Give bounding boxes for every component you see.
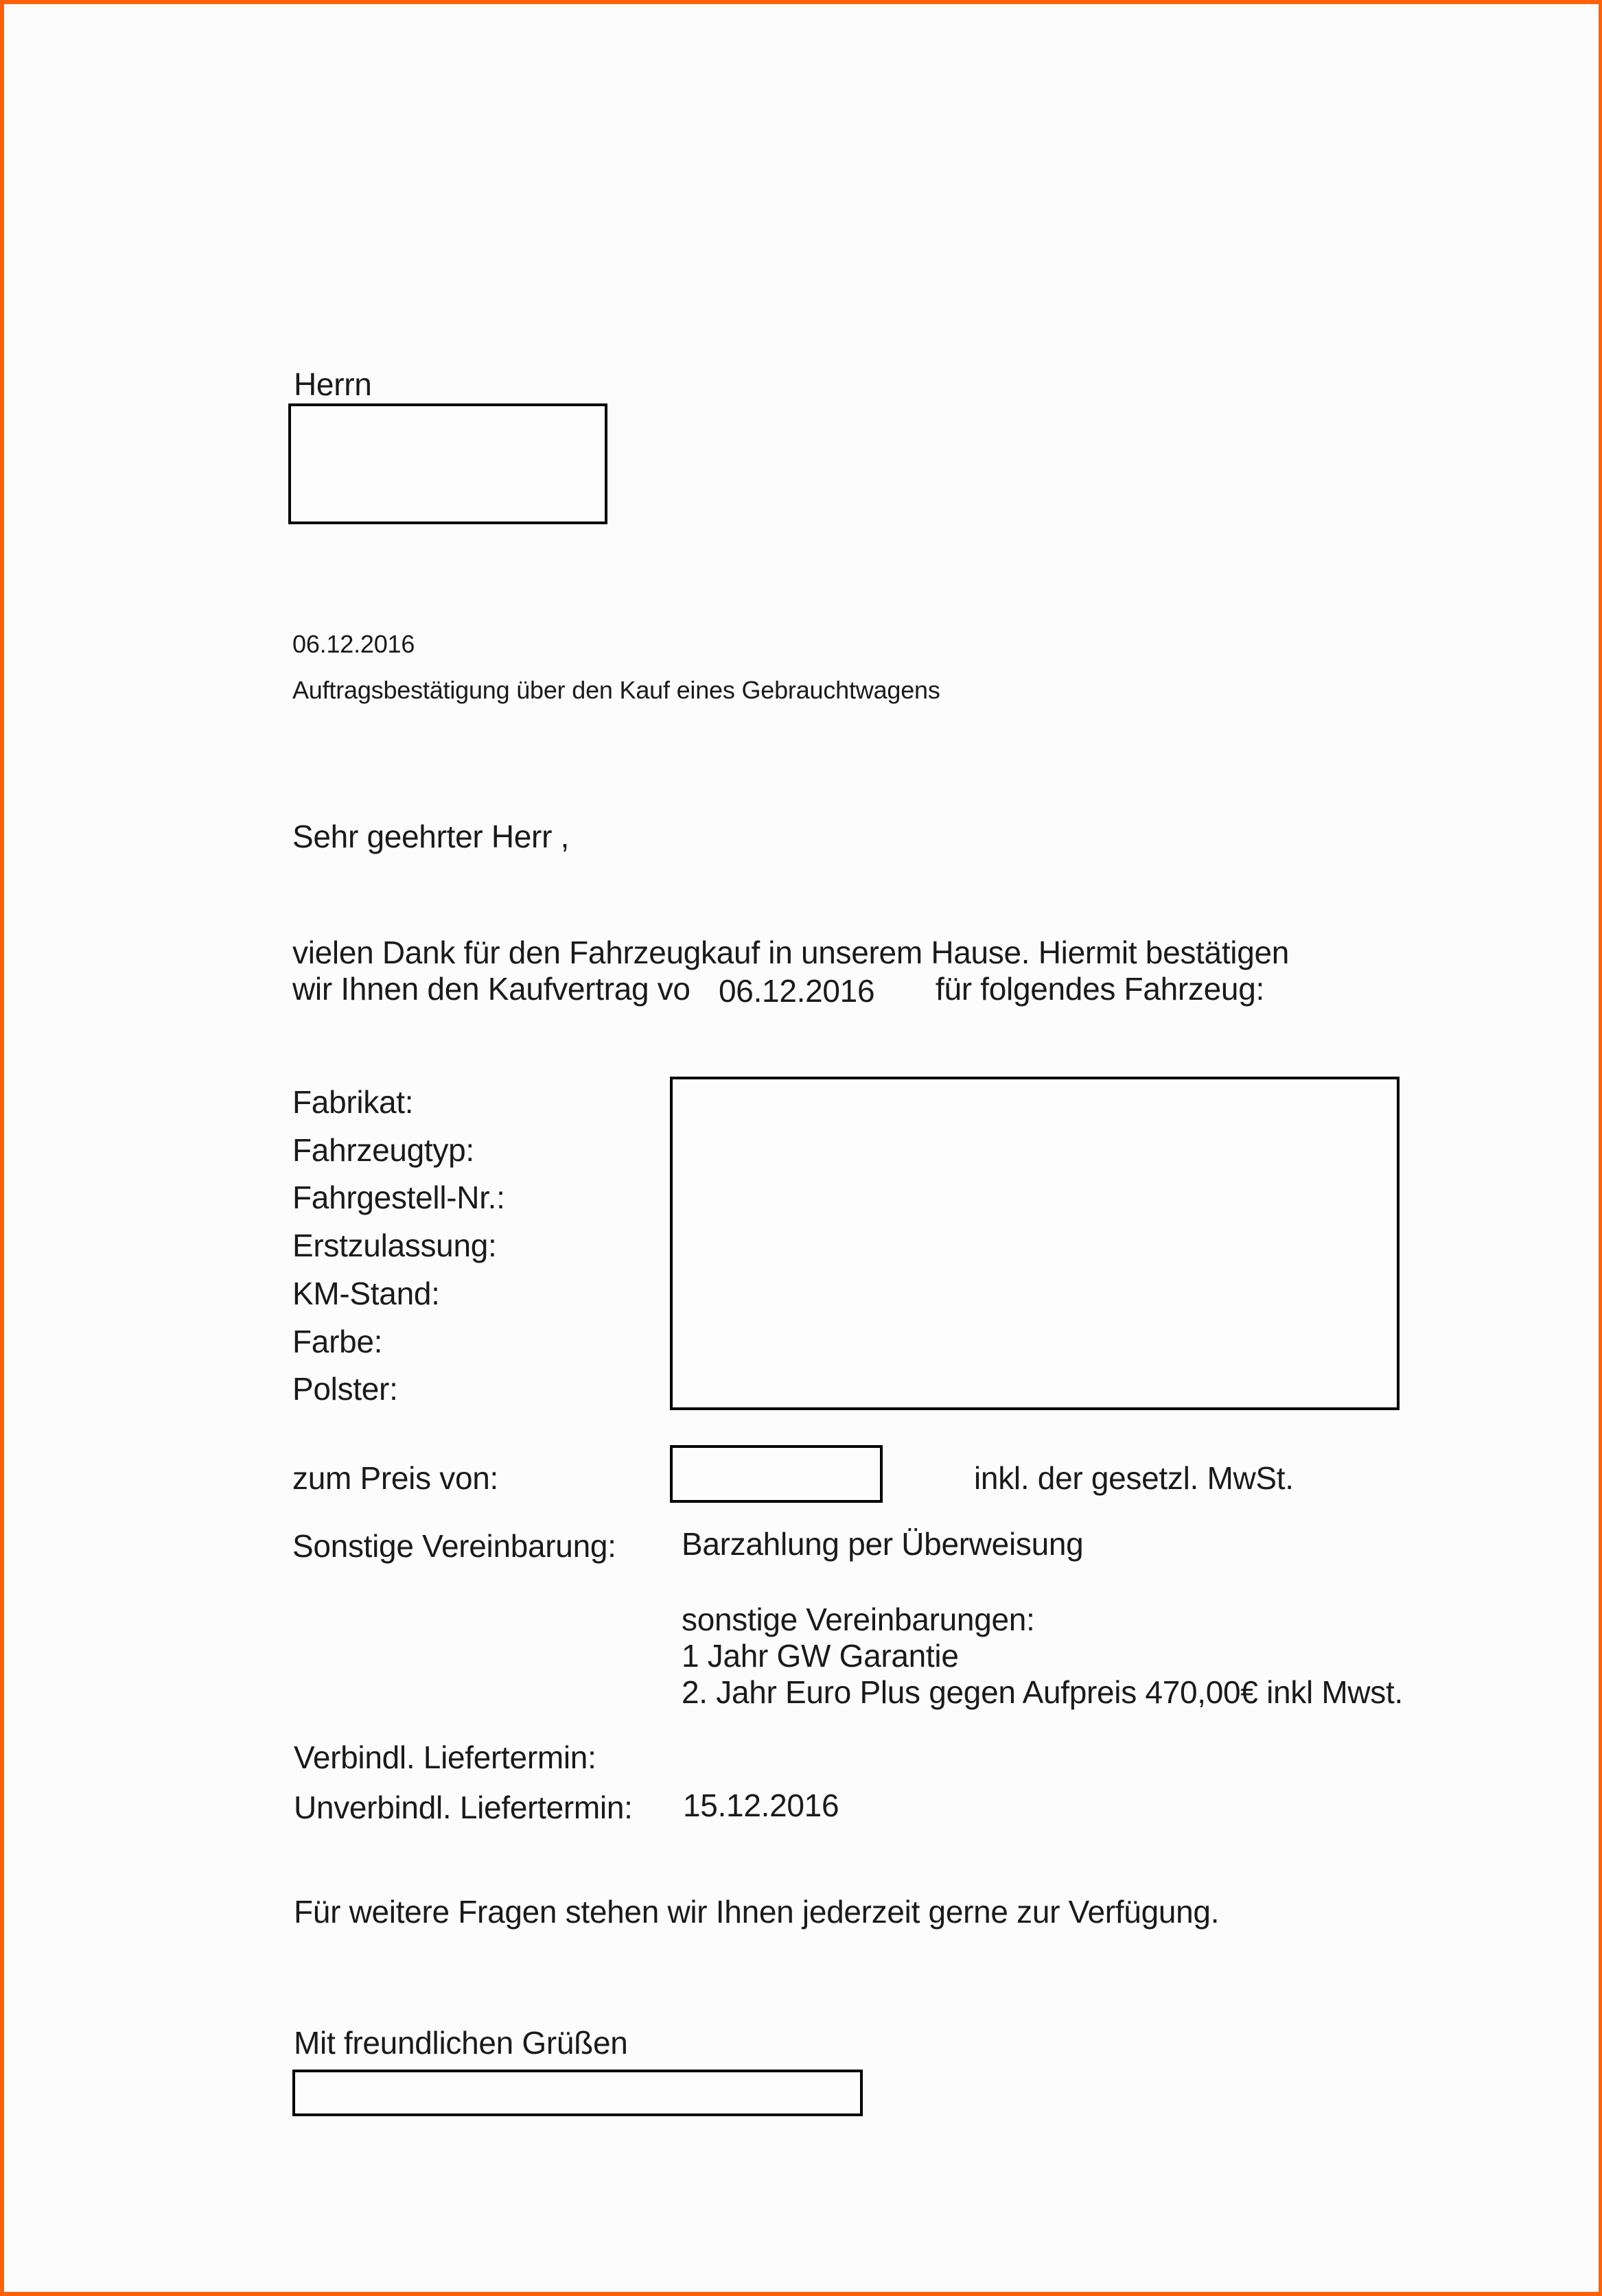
agreement-item: 2. Jahr Euro Plus gegen Aufpreis 470,00€…	[682, 1676, 1403, 1708]
payment-method: Barzahlung per Überweisung	[682, 1528, 1083, 1560]
label-fabrikat: Fabrikat:	[292, 1086, 413, 1118]
greeting: Sehr geehrter Herr ,	[292, 821, 569, 852]
price-vat-note: inkl. der gesetzl. MwSt.	[974, 1462, 1294, 1494]
price-field[interactable]	[670, 1445, 883, 1503]
nonbinding-delivery-label: Unverbindl. Liefertermin:	[294, 1792, 633, 1823]
label-erstzulassung: Erstzulassung:	[292, 1230, 497, 1261]
label-fahrzeugtyp: Fahrzeugtyp:	[292, 1134, 474, 1166]
contract-date-field[interactable]: 06.12.2016	[719, 975, 874, 1007]
letter-subject: Auftragsbestätigung über den Kauf eines …	[292, 678, 940, 703]
intro-line-2-suffix: für folgendes Fahrzeug:	[936, 973, 1264, 1005]
price-label: zum Preis von:	[292, 1462, 498, 1494]
agreement-label: Sonstige Vereinbarung:	[292, 1530, 616, 1562]
binding-delivery-label: Verbindl. Liefertermin:	[294, 1742, 596, 1773]
recipient-salutation: Herrn	[294, 368, 372, 400]
intro-line-1: vielen Dank für den Fahrzeugkauf in unse…	[292, 937, 1289, 968]
label-fahrgestell-nr: Fahrgestell-Nr.:	[292, 1182, 505, 1213]
label-polster: Polster:	[292, 1373, 398, 1405]
other-agreements-heading: sonstige Vereinbarungen:	[682, 1604, 1035, 1635]
agreement-item: 1 Jahr GW Garantie	[682, 1640, 959, 1672]
intro-line-2-prefix: wir Ihnen den Kaufvertrag vo	[292, 973, 690, 1005]
nonbinding-delivery-value: 15.12.2016	[683, 1790, 839, 1821]
closing-offer: Für weitere Fragen stehen wir Ihnen jede…	[294, 1896, 1219, 1928]
recipient-address-field[interactable]	[288, 403, 607, 524]
letter-date: 06.12.2016	[292, 632, 415, 657]
label-km-stand: KM-Stand:	[292, 1278, 440, 1309]
signature-field[interactable]	[292, 2070, 863, 2116]
vehicle-details-field[interactable]	[670, 1077, 1400, 1410]
closing-regards: Mit freundlichen Grüßen	[294, 2027, 628, 2059]
field-mask	[697, 970, 702, 1000]
label-farbe: Farbe:	[292, 1326, 382, 1357]
